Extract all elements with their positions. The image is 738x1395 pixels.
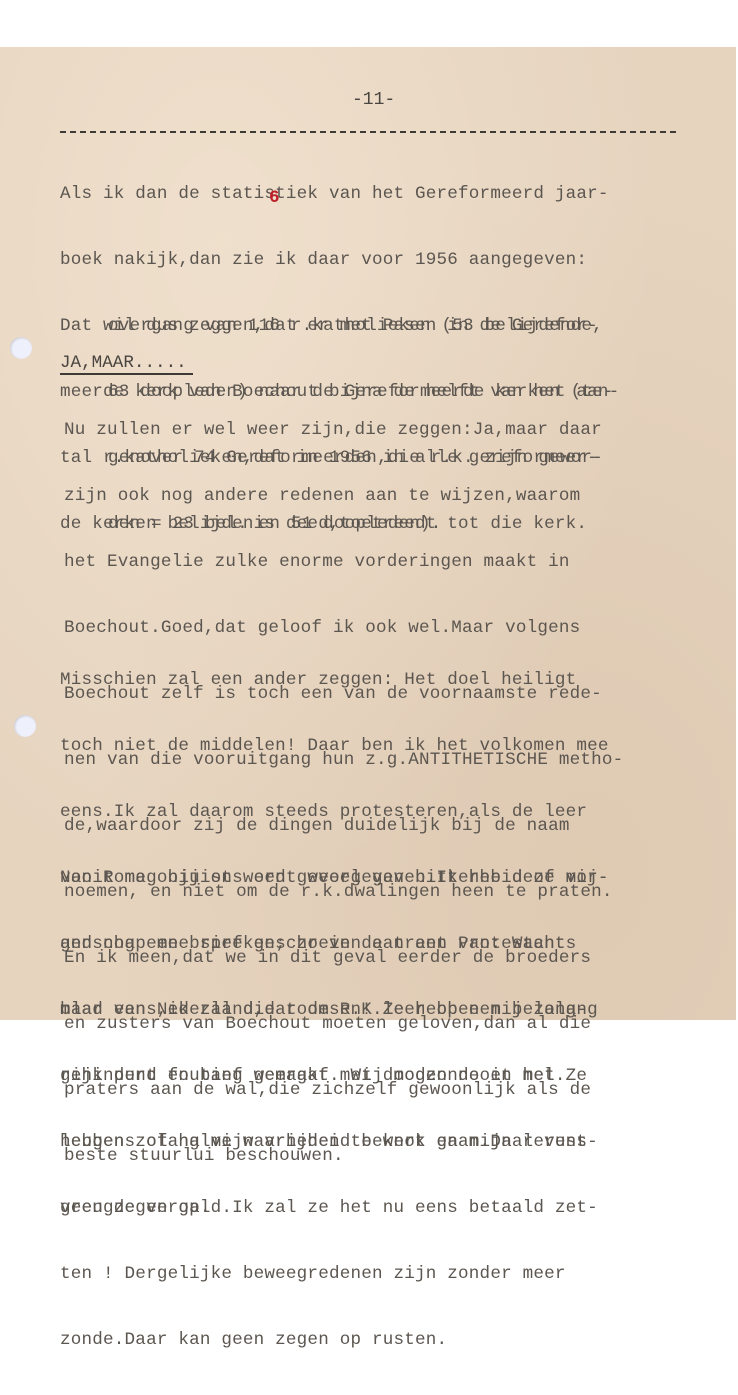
header-divider	[60, 131, 676, 133]
text-line: zijn ook nog andere redenen aan te wijze…	[64, 485, 623, 507]
punch-hole-bottom	[14, 715, 36, 737]
text-line: Nu zullen er wel weer zijn,die zeggen:Ja…	[64, 419, 623, 441]
handwritten-correction: 6	[269, 187, 280, 209]
text-line: andschap mee spreken; zo in de trant van…	[60, 933, 609, 955]
text-line: maar eens,ik zal die roomsen! Ze hebben …	[60, 999, 609, 1021]
text-line: Als ik dan de statistiek van het Gerefor…	[60, 183, 614, 205]
text-line: boek nakijk,dan zie ik daar voor 1956 aa…	[60, 249, 614, 271]
text-line: eens.Ik zal daarom steeds protesteren,al…	[60, 801, 609, 823]
text-line: Misschien zal een ander zeggen: Het doel…	[60, 669, 609, 691]
section-heading: JA,MAAR.....	[60, 353, 193, 375]
punch-hole-top	[10, 337, 32, 359]
typewritten-page: -11- Als ik dan de statistiek van het Ge…	[0, 47, 736, 1020]
paragraph-bitterness: Nooit mag bij ons een gevoel van bitterh…	[60, 823, 609, 1068]
text-line: Dat wil dus zeggen,dat er met Pasen in d…	[60, 315, 619, 337]
page-number: -11-	[352, 90, 395, 110]
text-line: Nooit mag bij ons een gevoel van bitterh…	[60, 867, 609, 889]
text-line: toch niet de middelen! Daar ben ik het v…	[60, 735, 609, 757]
text-line: het Evangelie zulke enorme vorderingen m…	[64, 551, 623, 573]
